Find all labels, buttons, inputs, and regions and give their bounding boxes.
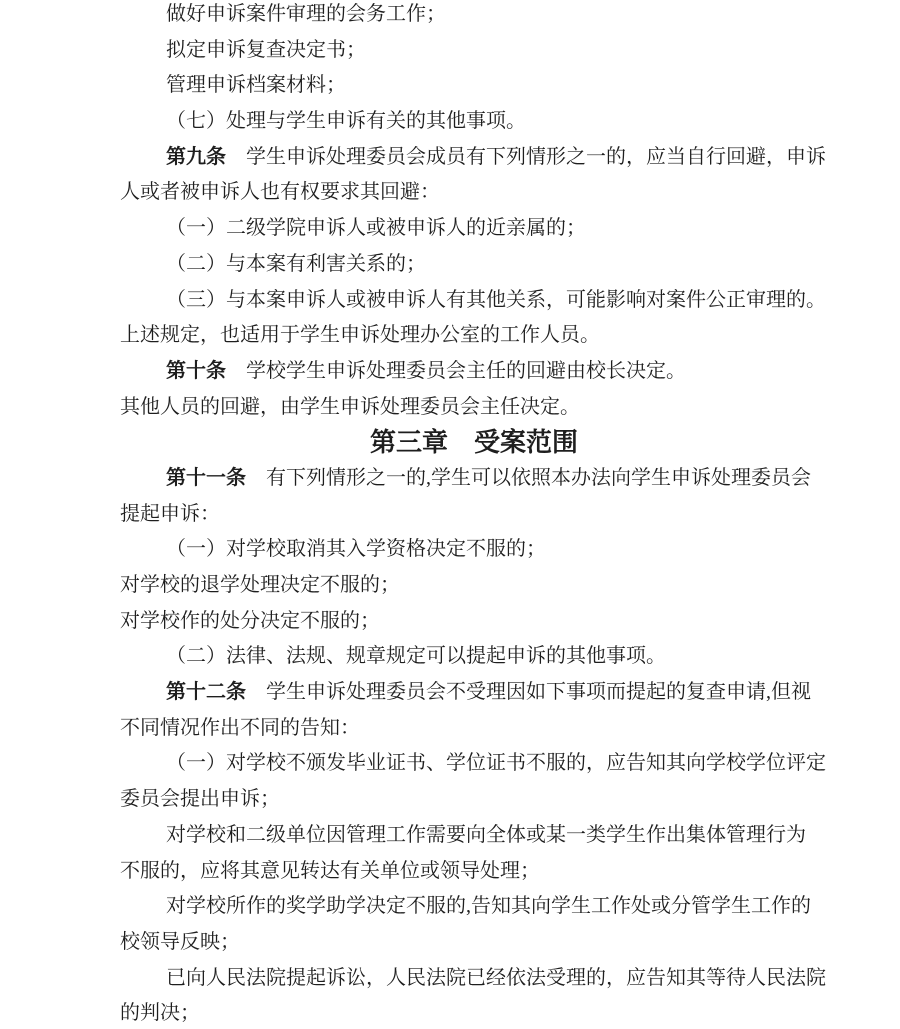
line-text: 学生申诉处理委员会不受理因如下事项而提起的复查申请,但视 [246, 681, 811, 703]
line-text: 的判决； [120, 1002, 200, 1024]
line-text: （二）与本案有利害关系的； [166, 253, 426, 275]
article-number: 第十条 [166, 360, 226, 382]
document-line: 对学校所作的奖学助学决定不服的,告知其向学生工作处或分管学生工作的 [120, 889, 828, 925]
line-text: 有下列情形之一的,学生可以依照本办法向学生申诉处理委员会 [246, 467, 811, 489]
line-text: （三）与本案申诉人或被申诉人有其他关系，可能影响对案件公正审理的。 [166, 289, 826, 311]
document-line: 其他人员的回避，由学生申诉处理委员会主任决定。 [120, 390, 828, 426]
document-line: 对学校的退学处理决定不服的； [120, 568, 828, 604]
document-line: （七）处理与学生申诉有关的其他事项。 [120, 104, 828, 140]
document-page: 做好申诉案件审理的会务工作； 拟定申诉复查决定书； 管理申诉档案材料； （七）处… [0, 0, 900, 1029]
document-line: 的判决； [120, 996, 828, 1029]
document-text-block: 做好申诉案件审理的会务工作； 拟定申诉复查决定书； 管理申诉档案材料； （七）处… [120, 0, 828, 1029]
document-line: （二）与本案有利害关系的； [120, 247, 828, 283]
line-text: （一）对学校不颁发毕业证书、学位证书不服的，应告知其向学校学位评定 [166, 752, 826, 774]
document-line: 拟定申诉复查决定书； [120, 33, 828, 69]
document-line: 提起申诉： [120, 497, 828, 533]
document-line: 做好申诉案件审理的会务工作； [120, 0, 828, 33]
document-line: 上述规定，也适用于学生申诉处理办公室的工作人员。 [120, 318, 828, 354]
document-line: 对学校作的处分决定不服的； [120, 604, 828, 640]
document-line: （一）二级学院申诉人或被申诉人的近亲属的； [120, 211, 828, 247]
article-number: 第九条 [166, 146, 226, 168]
document-line: （一）对学校取消其入学资格决定不服的； [120, 532, 828, 568]
document-line: 不同情况作出不同的告知： [120, 711, 828, 747]
line-text: 不同情况作出不同的告知： [120, 717, 360, 739]
line-text: 人或者被申诉人也有权要求其回避： [120, 181, 440, 203]
document-line: 不服的，应将其意见转达有关单位或领导处理； [120, 854, 828, 890]
line-text: 其他人员的回避，由学生申诉处理委员会主任决定。 [120, 396, 580, 418]
line-text: 学校学生申诉处理委员会主任的回避由校长决定。 [226, 360, 686, 382]
document-line-article-9: 第九条 学生申诉处理委员会成员有下列情形之一的，应当自行回避，申诉 [120, 140, 828, 176]
line-text: 对学校的退学处理决定不服的； [120, 574, 400, 596]
line-text: 上述规定，也适用于学生申诉处理办公室的工作人员。 [120, 324, 600, 346]
document-line: （一）对学校不颁发毕业证书、学位证书不服的，应告知其向学校学位评定 [120, 746, 828, 782]
document-line: 对学校和二级单位因管理工作需要向全体或某一类学生作出集体管理行为 [120, 818, 828, 854]
document-line: （二）法律、法规、规章规定可以提起申诉的其他事项。 [120, 639, 828, 675]
line-text: 提起申诉： [120, 503, 220, 525]
document-line-article-10: 第十条 学校学生申诉处理委员会主任的回避由校长决定。 [120, 354, 828, 390]
line-text: 对学校和二级单位因管理工作需要向全体或某一类学生作出集体管理行为 [166, 824, 806, 846]
article-number: 第十一条 [166, 467, 246, 489]
document-line: 已向人民法院提起诉讼，人民法院已经依法受理的，应告知其等待人民法院 [120, 961, 828, 997]
line-text: 对学校所作的奖学助学决定不服的,告知其向学生工作处或分管学生工作的 [166, 895, 811, 917]
chapter-heading-text: 第三章 受案范围 [370, 428, 578, 457]
chapter-heading: 第三章 受案范围 [120, 425, 828, 461]
line-text: （七）处理与学生申诉有关的其他事项。 [166, 110, 526, 132]
line-text: （一）二级学院申诉人或被申诉人的近亲属的； [166, 217, 586, 239]
line-text: 委员会提出申诉； [120, 788, 280, 810]
document-line: 管理申诉档案材料； [120, 68, 828, 104]
line-text: 校领导反映； [120, 931, 240, 953]
line-text: 拟定申诉复查决定书； [166, 39, 366, 61]
line-text: 对学校作的处分决定不服的； [120, 610, 380, 632]
document-line: （三）与本案申诉人或被申诉人有其他关系，可能影响对案件公正审理的。 [120, 283, 828, 319]
document-line: 人或者被申诉人也有权要求其回避： [120, 175, 828, 211]
line-text: 已向人民法院提起诉讼，人民法院已经依法受理的，应告知其等待人民法院 [166, 967, 826, 989]
line-text: （一）对学校取消其入学资格决定不服的； [166, 538, 546, 560]
document-line: 校领导反映； [120, 925, 828, 961]
document-line-article-11: 第十一条 有下列情形之一的,学生可以依照本办法向学生申诉处理委员会 [120, 461, 828, 497]
line-text: 不服的，应将其意见转达有关单位或领导处理； [120, 860, 540, 882]
line-text: 管理申诉档案材料； [166, 74, 346, 96]
line-text: 做好申诉案件审理的会务工作； [166, 3, 446, 25]
document-line-article-12: 第十二条 学生申诉处理委员会不受理因如下事项而提起的复查申请,但视 [120, 675, 828, 711]
article-number: 第十二条 [166, 681, 246, 703]
line-text: （二）法律、法规、规章规定可以提起申诉的其他事项。 [166, 645, 666, 667]
document-line: 委员会提出申诉； [120, 782, 828, 818]
line-text: 学生申诉处理委员会成员有下列情形之一的，应当自行回避，申诉 [226, 146, 826, 168]
